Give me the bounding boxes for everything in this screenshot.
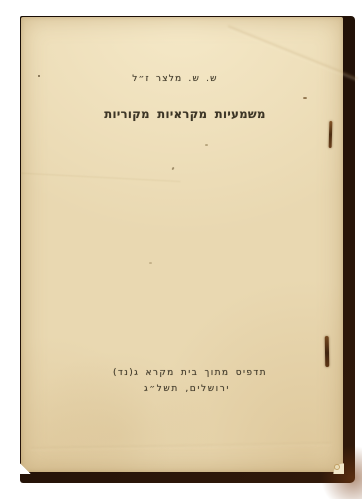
author-line: ש. ש. מלצר ז״ל: [21, 74, 329, 84]
paper-speck: [149, 262, 152, 264]
book-cover-page: ש. ש. מלצר ז״ל משמעיות מקראיות מקוריות ת…: [21, 17, 343, 472]
imprint-place-year-line: ירושלים, תשל״ג: [31, 384, 343, 394]
fold-mark: [334, 464, 340, 470]
imprint-source-line: תדפיס מתוך בית מקרא ג(נד): [37, 368, 343, 378]
scanned-photo: ש. ש. מלצר ז״ל משמעיות מקראיות מקוריות ת…: [0, 0, 362, 500]
paper-crease: [21, 169, 181, 185]
paper-crease: [31, 438, 331, 453]
paper-speck: [171, 167, 174, 171]
staple-bottom: [325, 336, 330, 367]
page-title: משמעיות מקראיות מקוריות: [27, 107, 343, 121]
dog-ear-bottom-left: [20, 463, 31, 474]
paper-speck: [303, 97, 307, 99]
paper-speck: [205, 144, 208, 146]
dog-ear-bottom-right: [330, 462, 344, 474]
